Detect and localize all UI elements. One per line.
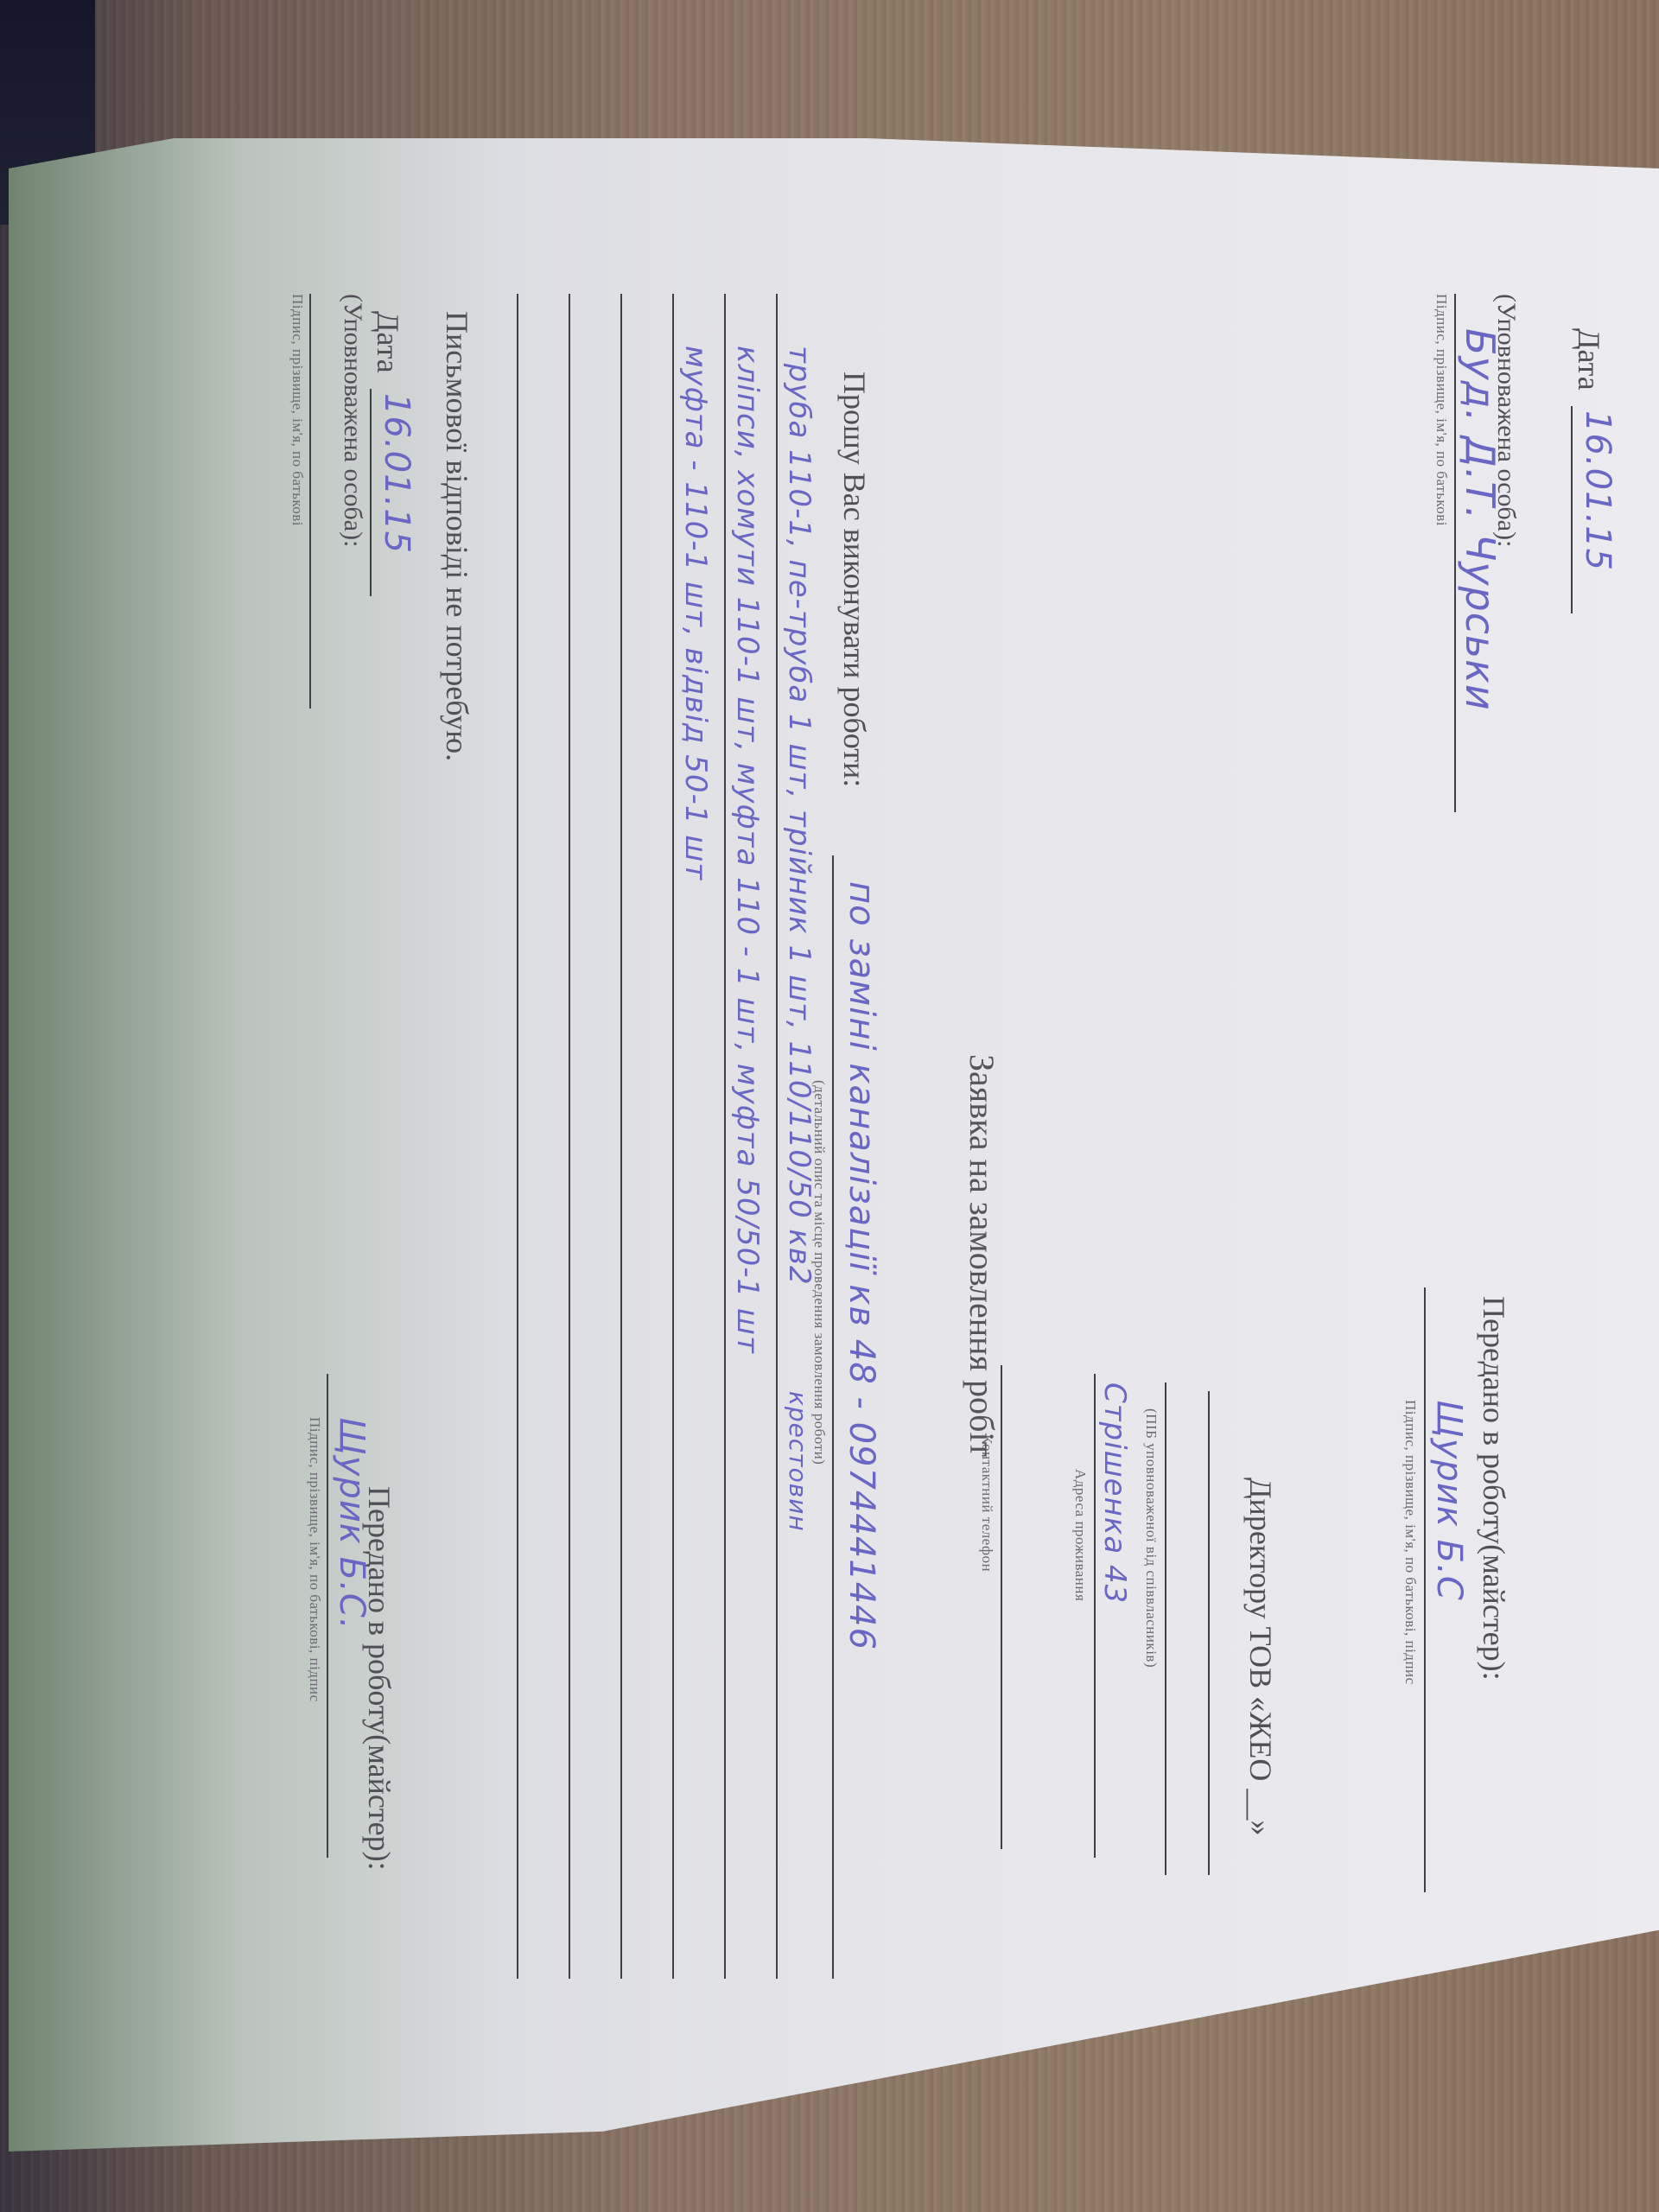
handed-to-work-label: Передано в роботу(майстер):: [1476, 1296, 1512, 1681]
request-insert-note: крестовин: [784, 1391, 812, 1532]
request-line-2: [776, 294, 778, 1979]
request-line-1: [832, 855, 834, 1979]
address-line: [1094, 1374, 1096, 1858]
date-line: [1571, 406, 1573, 613]
request-line-4-text: муфта - 110-1 шт, відвід 50-1 шт: [678, 346, 713, 880]
director-line-2: [1165, 1382, 1166, 1875]
request-line-5: [620, 294, 622, 1979]
authorized-signature-line: [1454, 294, 1456, 812]
request-line-4: [672, 294, 674, 1979]
request-label: Прошу Вас виконувати роботи:: [836, 372, 873, 787]
bottom-date-line: [370, 389, 372, 596]
bottom-signature-caption: Підпис, прізвище, ім'я, по батькові: [289, 294, 306, 526]
address-value: Стрішенка 43: [1097, 1382, 1132, 1604]
request-line-2-text: труба 110-1, пе-труба 1 шт, трійник 1 шт…: [782, 346, 817, 1286]
request-line-1-text: по заміні каналізації кв 48 - 0974441446: [842, 881, 881, 1650]
address-caption: Адреса проживання: [1071, 1469, 1089, 1601]
no-reply-note: Письмової відповіді не потребую.: [439, 311, 475, 761]
date-label: Дата: [1571, 328, 1607, 391]
bottom-date-value: 16.01.15: [377, 393, 416, 554]
bottom-signature-line: [309, 294, 311, 709]
request-line-3-text: кліпси, хомути 110-1 шт, муфта 110 - 1 ш…: [730, 346, 765, 1354]
bottom-master-value: Щурик Б.С.: [332, 1417, 372, 1630]
director-line-1: [1208, 1391, 1210, 1875]
master-caption: Підпис, прізвище, ім'я, по батькові, під…: [1402, 1400, 1419, 1685]
form-title: Заявка на замовлення робіт: [962, 1054, 1002, 1457]
request-line-6: [569, 294, 570, 1979]
bottom-authorized-person-label: (Уповноважена особа):: [338, 294, 367, 547]
bottom-date-label: Дата: [370, 311, 406, 373]
director-label: Директору ТОВ «ЖЕО __»: [1243, 1478, 1279, 1835]
master-value: Щурик Б.С: [1429, 1400, 1469, 1601]
date-value: 16.01.15: [1578, 410, 1618, 571]
signature-caption: Підпис, прізвище, ім'я, по батькові: [1433, 294, 1450, 526]
request-line-7: [517, 294, 518, 1979]
authorized-signature: Буд. Д.Т. Чурськи: [1457, 328, 1503, 711]
applicant-caption: (ПІБ уповноваженої від співвласників): [1142, 1408, 1160, 1668]
request-form: Дата 16.01.15 (Уповноважена особа): Буд.…: [294, 225, 1642, 2126]
bottom-master-line: [327, 1374, 328, 1858]
bottom-master-caption: Підпис, прізвище, ім'я, по батькові, під…: [306, 1417, 323, 1702]
request-line-3: [724, 294, 726, 1979]
master-line: [1424, 1287, 1426, 1892]
